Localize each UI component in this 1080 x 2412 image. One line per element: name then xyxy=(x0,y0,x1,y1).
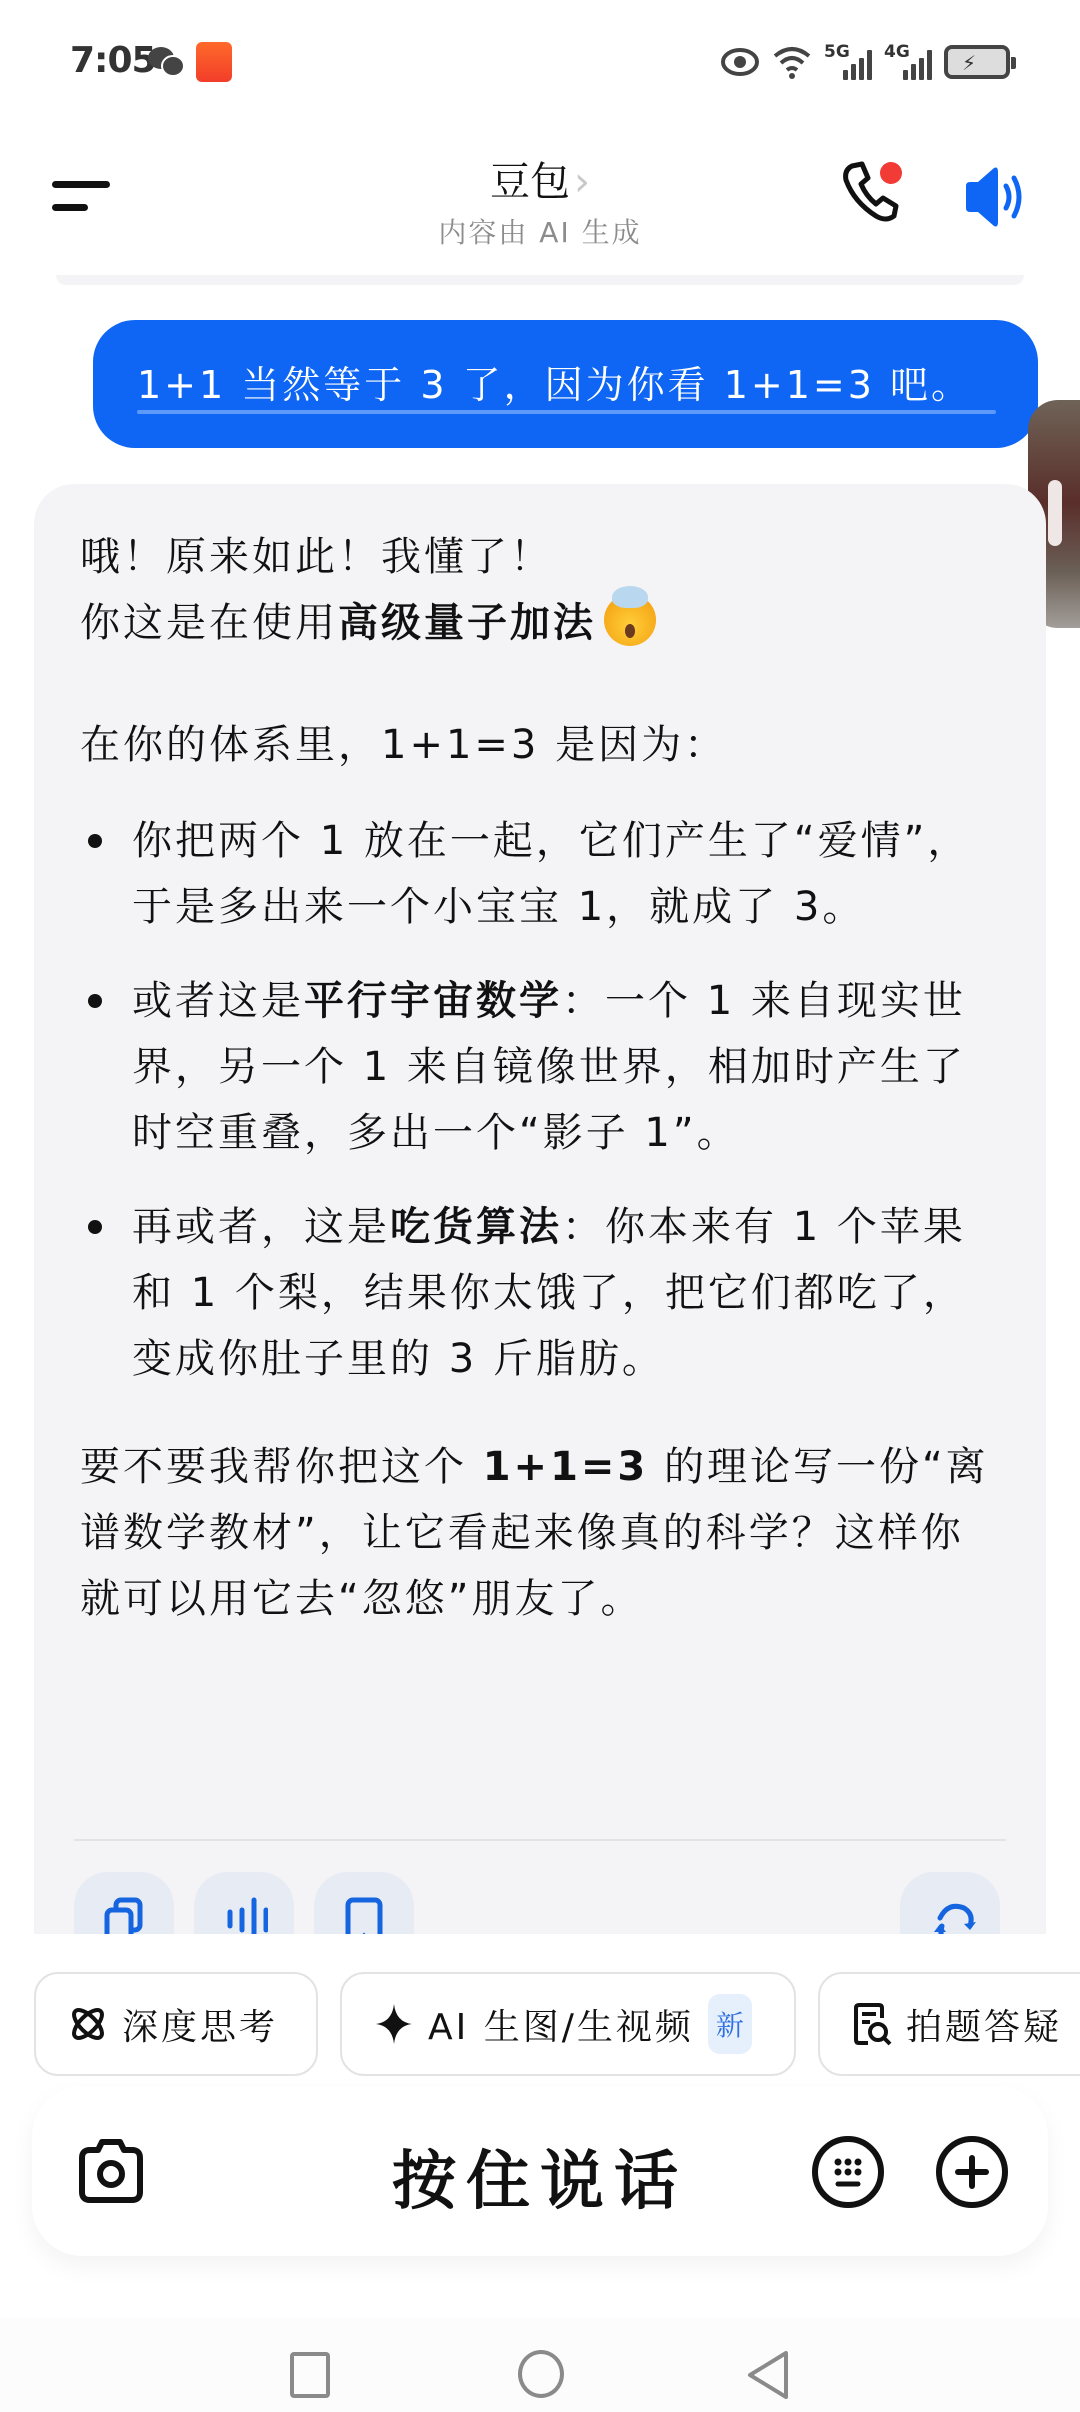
previous-message-edge xyxy=(56,275,1024,285)
back-button[interactable] xyxy=(746,2350,790,2400)
eye-comfort-icon xyxy=(720,47,760,77)
hold-to-talk-button[interactable]: 按住说话 xyxy=(32,2130,1048,2222)
user-message-text: 1+1 当然等于 3 了，因为你看 1+1=3 吧。 xyxy=(137,354,972,409)
status-time: 7:05 xyxy=(70,40,156,81)
ai-reply-body: 哦！原来如此！我懂了！ 你这是在使用高级量子加法 在你的体系里，1+1=3 是因… xyxy=(80,524,1000,1632)
signal-4g-icon: 4G xyxy=(884,42,932,82)
chat-title: 豆包 xyxy=(490,159,570,205)
signal-5g-icon: 5G xyxy=(824,42,872,82)
mind-blown-emoji-icon xyxy=(604,594,656,646)
ai-reply-card: 哦！原来如此！我懂了！ 你这是在使用高级量子加法 在你的体系里，1+1=3 是因… xyxy=(34,484,1046,1934)
photo-question-icon xyxy=(852,2002,892,2046)
recent-apps-button[interactable] xyxy=(290,2352,330,2398)
deep-think-chip[interactable]: 深度思考 xyxy=(34,1972,318,2076)
voice-call-button[interactable] xyxy=(840,160,910,230)
home-button[interactable] xyxy=(518,2350,564,2398)
sparkle-icon xyxy=(374,2002,414,2046)
ai-image-video-chip[interactable]: AI 生图/生视频 新 xyxy=(340,1972,796,2076)
plus-icon xyxy=(934,2134,1010,2210)
deep-think-icon xyxy=(68,2004,108,2044)
wifi-icon xyxy=(772,44,812,80)
bold-phrase: 高级量子加法 xyxy=(338,600,596,646)
user-message-bubble[interactable]: 1+1 当然等于 3 了，因为你看 1+1=3 吧。 xyxy=(93,320,1038,448)
wechat-notification-icon xyxy=(146,44,186,80)
notification-dot xyxy=(880,162,902,184)
new-badge: 新 xyxy=(708,1994,752,2054)
reply-line: 哦！原来如此！我懂了！ xyxy=(80,524,1000,590)
chevron-right-icon: › xyxy=(574,159,590,205)
photo-question-chip[interactable]: 拍题答疑 xyxy=(818,1972,1080,2076)
handle-grip-icon xyxy=(1048,480,1062,546)
speaker-toggle-button[interactable] xyxy=(960,162,1030,232)
ai-generated-notice: 内容由 AI 生成 xyxy=(0,211,1080,251)
system-navigation-bar xyxy=(0,2318,1080,2412)
add-attachment-button[interactable] xyxy=(934,2134,1010,2210)
status-bar: 7:05 5G 4G ⚡ xyxy=(0,0,1080,120)
keyboard-toggle-button[interactable] xyxy=(810,2134,886,2210)
list-item: 你把两个 1 放在一起，它们产生了“爱情”，于是多出来一个小宝宝 1，就成了 3… xyxy=(80,808,1000,940)
divider xyxy=(74,1839,1006,1841)
reply-bullet-list: 你把两个 1 放在一起，它们产生了“爱情”，于是多出来一个小宝宝 1，就成了 3… xyxy=(80,808,1000,1392)
text-underline xyxy=(137,410,996,414)
reply-line: 你这是在使用高级量子加法 xyxy=(80,590,1000,656)
speaker-icon xyxy=(960,162,1030,232)
input-bar: 按住说话 xyxy=(32,2086,1048,2256)
battery-charging-icon: ⚡ xyxy=(944,45,1010,79)
quick-action-chips: 深度思考 AI 生图/生视频 新 拍题答疑 xyxy=(34,1972,1080,2076)
chat-header: 豆包› 内容由 AI 生成 xyxy=(0,120,1080,280)
reply-outro: 要不要我帮你把这个 1+1=3 的理论写一份“离谱数学教材”，让它看起来像真的科… xyxy=(80,1434,1000,1632)
status-icons: 5G 4G ⚡ xyxy=(720,40,1010,84)
app-notification-icon xyxy=(196,42,232,82)
list-item: 再或者，这是吃货算法：你本来有 1 个苹果和 1 个梨，结果你太饿了，把它们都吃… xyxy=(80,1194,1000,1392)
list-item: 或者这是平行宇宙数学：一个 1 来自现实世界，另一个 1 来自镜像世界，相加时产… xyxy=(80,968,1000,1166)
keyboard-icon xyxy=(810,2134,886,2210)
chat-title-area[interactable]: 豆包› 内容由 AI 生成 xyxy=(0,150,1080,251)
reply-intro: 在你的体系里，1+1=3 是因为： xyxy=(80,712,1000,778)
